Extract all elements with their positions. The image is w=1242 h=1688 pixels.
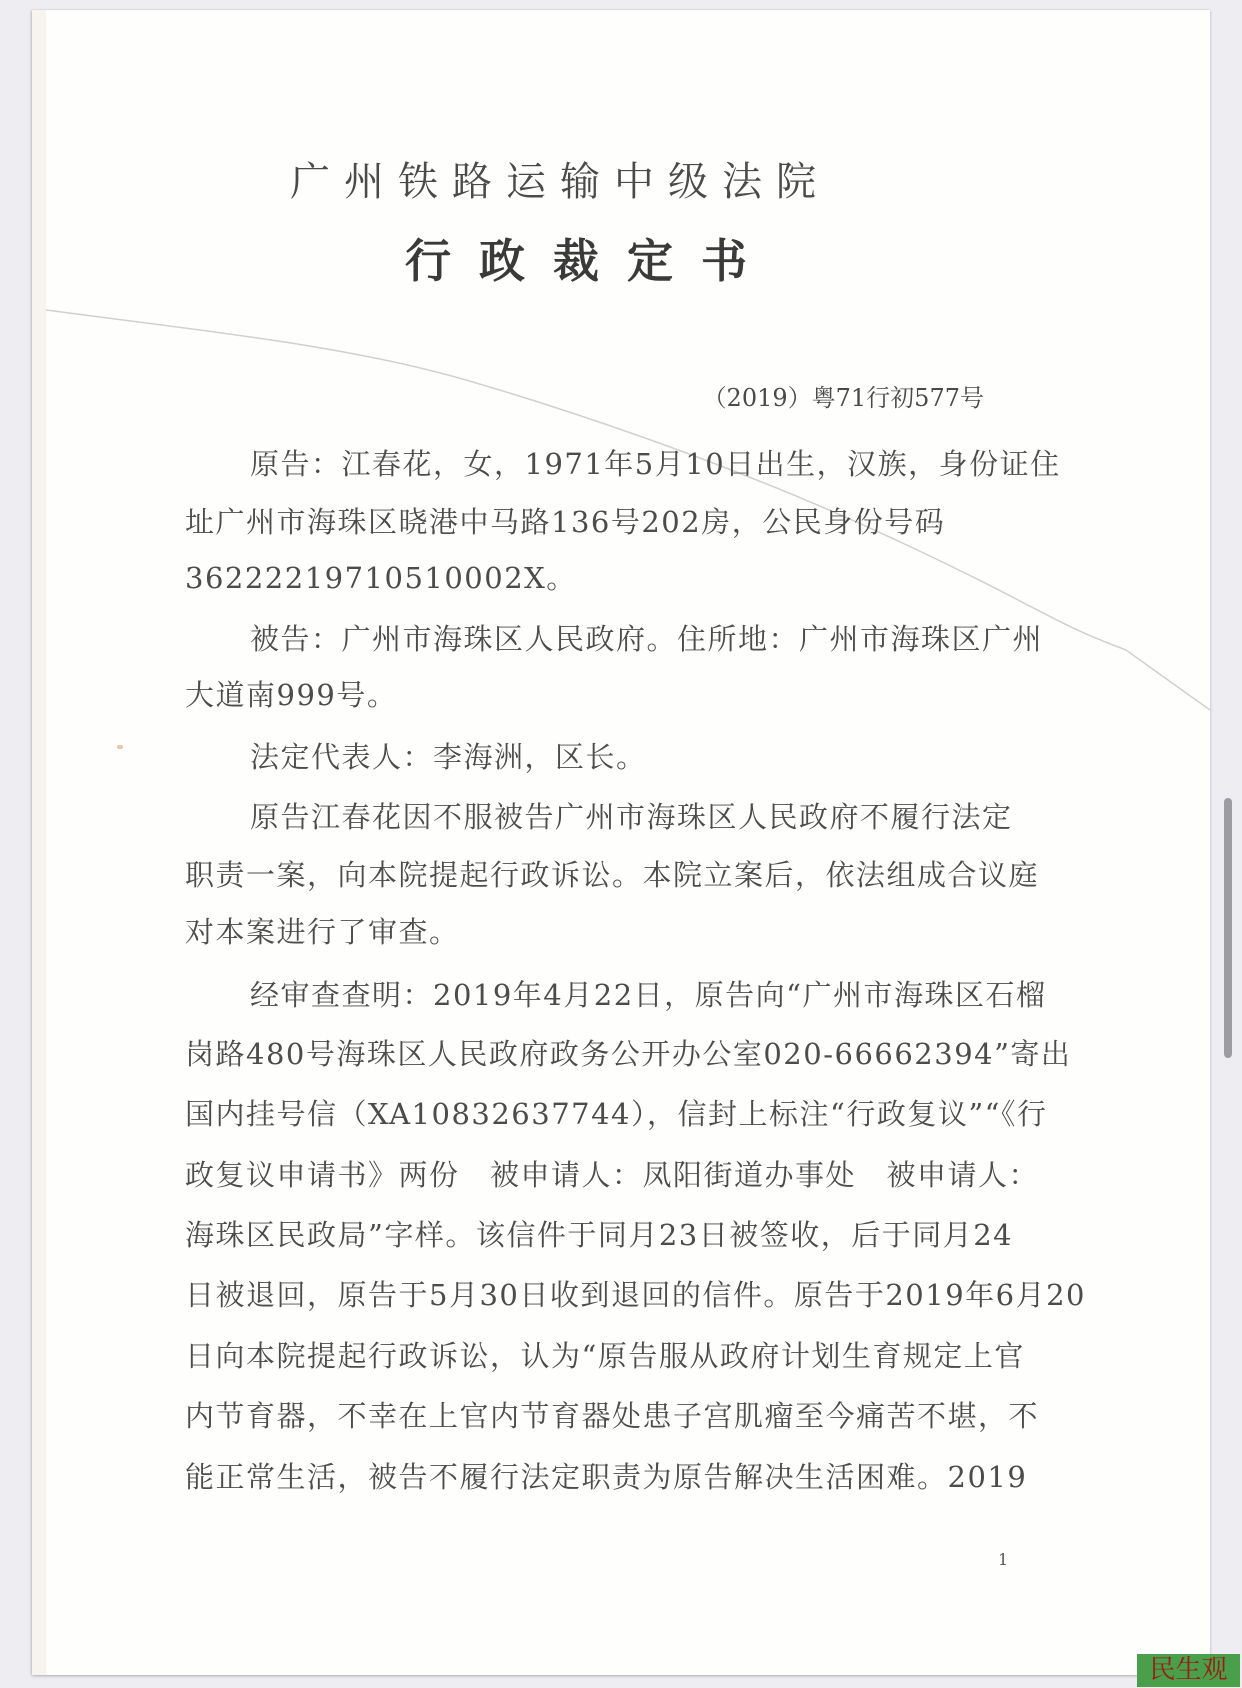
body-line: 经审查查明：2019年4月22日，原告向“广州市海珠区石榴 <box>250 973 1046 1014</box>
body-line: 日被退回，原告于5月30日收到退回的信件。原告于2019年6月20 <box>185 1273 1086 1314</box>
body-line: 能正常生活，被告不履行法定职责为原告解决生活困难。2019 <box>185 1455 1027 1496</box>
court-name: 广州铁路运输中级法院 <box>290 150 870 207</box>
body-line: 岗路480号海珠区人民政府政务公开办公室020-66662394”寄出 <box>185 1032 1071 1073</box>
body-line: 原告：江春花，女，1971年5月10日出生，汉族，身份证住 <box>250 442 1061 483</box>
body-line: 对本案进行了审查。 <box>185 910 460 951</box>
body-line: 法定代表人：李海洲，区长。 <box>250 735 647 776</box>
paper-speck <box>117 745 123 749</box>
body-line: 被告：广州市海珠区人民政府。住所地：广州市海珠区广州 <box>250 617 1043 658</box>
body-line: 内节育器，不幸在上官内节育器处患子宫肌瘤至今痛苦不堪，不 <box>185 1394 1039 1435</box>
body-line: 大道南999号。 <box>185 673 397 714</box>
document-type-title: 行政裁定书 <box>405 225 775 291</box>
body-line: 职责一案，向本院提起行政诉讼。本院立案后，依法组成合议庭 <box>185 853 1039 894</box>
body-line: 原告江春花因不服被告广州市海珠区人民政府不履行法定 <box>250 795 1013 836</box>
body-line: 海珠区民政局”字样。该信件于同月23日被签收，后于同月24 <box>185 1213 1013 1254</box>
vertical-scrollbar[interactable] <box>1224 798 1232 1058</box>
body-line: 政复议申请书》两份 被申请人：凤阳街道办事处 被申请人： <box>185 1153 1039 1194</box>
body-line: 国内挂号信（XA10832637744），信封上标注“行政复议”“《行 <box>185 1092 1048 1133</box>
body-line: 36222219710510002X。 <box>185 556 577 597</box>
watermark-badge: 民生观察 <box>1137 1654 1240 1687</box>
case-number: （2019）粤71行初577号 <box>703 378 984 413</box>
page-number: 1 <box>998 1550 1008 1569</box>
body-line: 址广州市海珠区晓港中马路136号202房，公民身份号码 <box>185 500 945 541</box>
body-line: 日向本院提起行政诉讼，认为“原告服从政府计划生育规定上官 <box>185 1334 1025 1375</box>
